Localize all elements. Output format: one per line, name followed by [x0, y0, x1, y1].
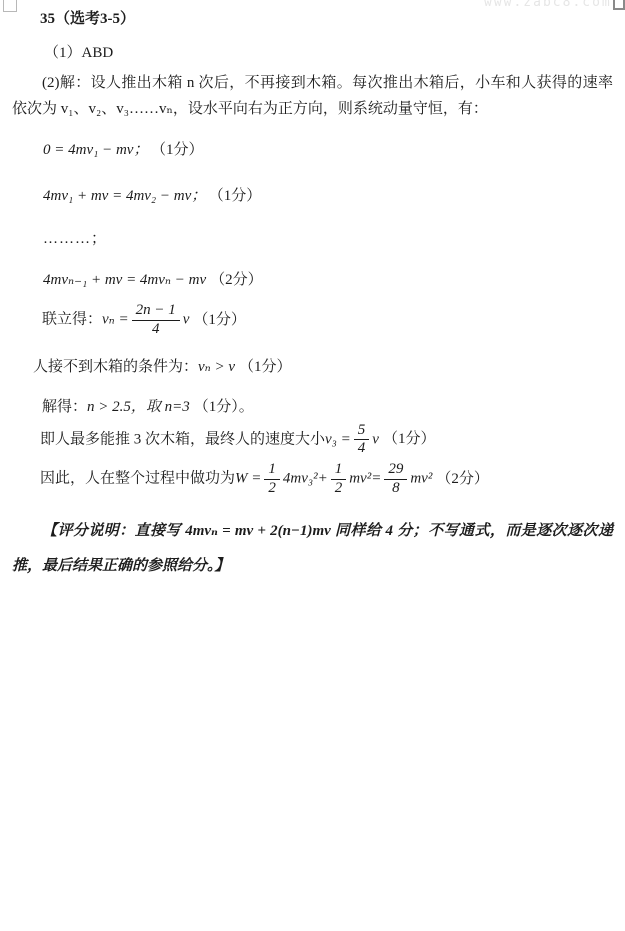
solve-line: 解得：n > 2.5，取 n=3（1分）。 — [42, 395, 625, 416]
equation-2-body: 4mv₁ + mv = 4mv₂ − mv； — [43, 188, 206, 204]
answer-part1: （1）ABD — [44, 41, 625, 62]
fraction-denominator: 4 — [132, 321, 180, 338]
final-speed-lhs: v₃ = — [325, 431, 351, 447]
equation-n-body: 4mvₙ₋₁ + mv = 4mvₙ − mv — [43, 272, 206, 288]
combined-fraction: 2n − 14 — [132, 303, 180, 338]
solution-document: 35（选考3-5） （1）ABD (2)解：设人推出木箱 n 次后，不再接到木箱… — [0, 0, 625, 584]
combined-result-line: 联立得：vₙ =2n − 14v（1分） — [42, 303, 625, 338]
work-fraction-3: 298 — [384, 462, 407, 497]
fraction-denominator: 4 — [354, 440, 370, 457]
equation-ellipsis: ………； — [43, 227, 625, 248]
equation-2-score: （1分） — [216, 188, 261, 204]
combined-lhs: vₙ = — [102, 312, 129, 328]
fraction-denominator: 8 — [384, 480, 407, 497]
grading-note: 【评分说明：直接写 4mvₙ = mv + 2(n−1)mv 同样给 4 分；不… — [12, 514, 613, 584]
work-lead: 因此，人在整个过程中做功为 — [40, 471, 235, 487]
grading-note-part1: 【评分说明：直接写 — [42, 523, 181, 539]
combined-score: （1分） — [193, 312, 246, 328]
condition-line: 人接不到木箱的条件为：vₙ > v（1分） — [33, 355, 625, 376]
solution-intro-paragraph: (2)解：设人推出木箱 n 次后，不再接到木箱。每次推出木箱后，小车和人获得的速… — [12, 70, 613, 122]
fraction-numerator: 2n − 1 — [132, 303, 180, 321]
equation-1-body: 0 = 4mv₁ − mv； — [43, 142, 148, 158]
grading-note-formula: 4mvₙ = mv + 2(n−1)mv — [185, 523, 331, 539]
fraction-numerator: 29 — [384, 462, 407, 480]
fraction-denominator: 2 — [331, 480, 347, 497]
work-fraction-1: 12 — [264, 462, 280, 497]
solve-score: （1分）。 — [194, 399, 254, 415]
fraction-numerator: 1 — [264, 462, 280, 480]
equation-2: 4mv₁ + mv = 4mv₂ − mv；（1分） — [43, 184, 625, 205]
condition-body: vₙ > v — [198, 359, 235, 375]
equation-n: 4mvₙ₋₁ + mv = 4mvₙ − mv（2分） — [43, 268, 625, 289]
final-speed-fraction: 54 — [354, 423, 370, 458]
work-term-1: 4mv₃² — [283, 471, 318, 487]
solve-label: 解得： — [42, 399, 87, 415]
max-push-lead: 即人最多能推 3 次木箱，最终人的速度大小 — [40, 431, 325, 447]
equation-n-score: （2分） — [210, 272, 263, 288]
fraction-numerator: 5 — [354, 423, 370, 441]
work-operator-equals: = — [371, 471, 381, 487]
work-line: 因此，人在整个过程中做功为W =124mv₃²+12mv²=298mv²（2分） — [40, 462, 625, 497]
work-term-3: mv² — [410, 471, 432, 487]
work-fraction-2: 12 — [331, 462, 347, 497]
final-speed-rhs: v — [372, 431, 379, 447]
work-operator-plus: + — [318, 471, 328, 487]
condition-score: （1分） — [239, 359, 292, 375]
combined-label: 联立得： — [42, 312, 102, 328]
fraction-denominator: 2 — [264, 480, 280, 497]
document-page: { "page": { "watermark": "www.zabc8.com"… — [0, 0, 625, 931]
solve-body: n > 2.5，取 n=3 — [87, 399, 190, 415]
combined-rhs: v — [183, 312, 190, 328]
max-push-line: 即人最多能推 3 次木箱，最终人的速度大小v₃ =54v（1分） — [40, 423, 625, 458]
equation-1: 0 = 4mv₁ − mv；（1分） — [43, 138, 625, 159]
problem-title: 35（选考3-5） — [40, 7, 625, 28]
fraction-numerator: 1 — [331, 462, 347, 480]
condition-label: 人接不到木箱的条件为： — [33, 359, 198, 375]
work-term-2: mv² — [349, 471, 371, 487]
work-lhs: W = — [235, 471, 261, 487]
max-push-score: （1分） — [383, 431, 436, 447]
equation-1-score: （1分） — [158, 142, 203, 158]
work-score: （2分） — [436, 471, 489, 487]
